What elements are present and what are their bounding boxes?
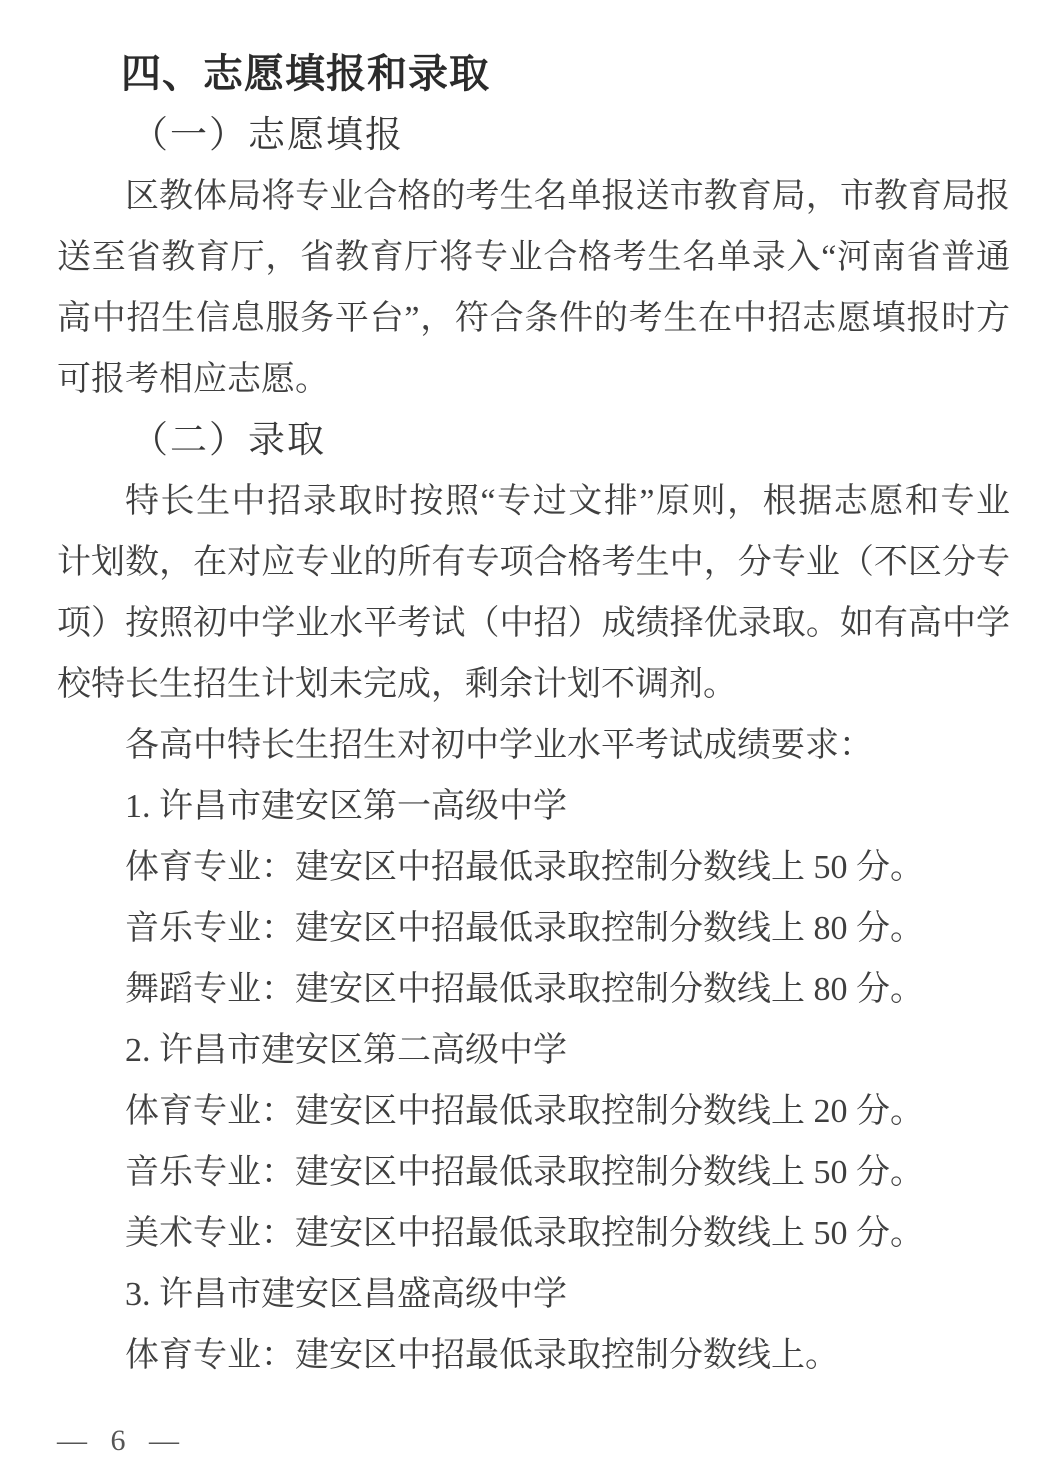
requirement-line: 体育专业：建安区中招最低录取控制分数线上。 (57, 1325, 1010, 1386)
school-name-line: 3. 许昌市建安区昌盛高级中学 (57, 1264, 1010, 1325)
school-name-line: 2. 许昌市建安区第二高级中学 (57, 1020, 1010, 1081)
paragraph-line: 特长生中招录取时按照“专过文排”原则，根据志愿和专业 (57, 471, 1010, 532)
requirement-line: 舞蹈专业：建安区中招最低录取控制分数线上 80 分。 (57, 959, 1010, 1020)
subsection-heading-admission: （二）录取 (57, 410, 1010, 471)
paragraph-line: 送至省教育厅，省教育厅将专业合格考生名单录入“河南省普通 (57, 227, 1010, 288)
requirement-line: 美术专业：建安区中招最低录取控制分数线上 50 分。 (57, 1203, 1010, 1264)
school-name-line: 1. 许昌市建安区第一高级中学 (57, 776, 1010, 837)
document-page: 四、志愿填报和录取 （一）志愿填报 区教体局将专业合格的考生名单报送市教育局，市… (0, 0, 1061, 1482)
paragraph-line: 可报考相应志愿。 (57, 349, 1010, 410)
page-number: — 6 — (57, 1426, 179, 1456)
requirements-intro-line: 各高中特长生招生对初中学业水平考试成绩要求： (57, 715, 1010, 776)
paragraph-line: 项）按照初中学业水平考试（中招）成绩择优录取。如有高中学 (57, 593, 1010, 654)
paragraph-line: 高中招生信息服务平台”，符合条件的考生在中招志愿填报时方 (57, 288, 1010, 349)
paragraph-line: 区教体局将专业合格的考生名单报送市教育局，市教育局报 (57, 166, 1010, 227)
document-body: 四、志愿填报和录取 （一）志愿填报 区教体局将专业合格的考生名单报送市教育局，市… (57, 44, 1010, 1386)
subsection-heading-application: （一）志愿填报 (57, 105, 1010, 166)
paragraph-line: 校特长生招生计划未完成，剩余计划不调剂。 (57, 654, 1010, 715)
requirement-line: 体育专业：建安区中招最低录取控制分数线上 50 分。 (57, 837, 1010, 898)
requirement-line: 音乐专业：建安区中招最低录取控制分数线上 80 分。 (57, 898, 1010, 959)
section-heading: 四、志愿填报和录取 (57, 44, 1010, 105)
requirement-line: 音乐专业：建安区中招最低录取控制分数线上 50 分。 (57, 1142, 1010, 1203)
paragraph-line: 计划数，在对应专业的所有专项合格考生中，分专业（不区分专 (57, 532, 1010, 593)
requirement-line: 体育专业：建安区中招最低录取控制分数线上 20 分。 (57, 1081, 1010, 1142)
